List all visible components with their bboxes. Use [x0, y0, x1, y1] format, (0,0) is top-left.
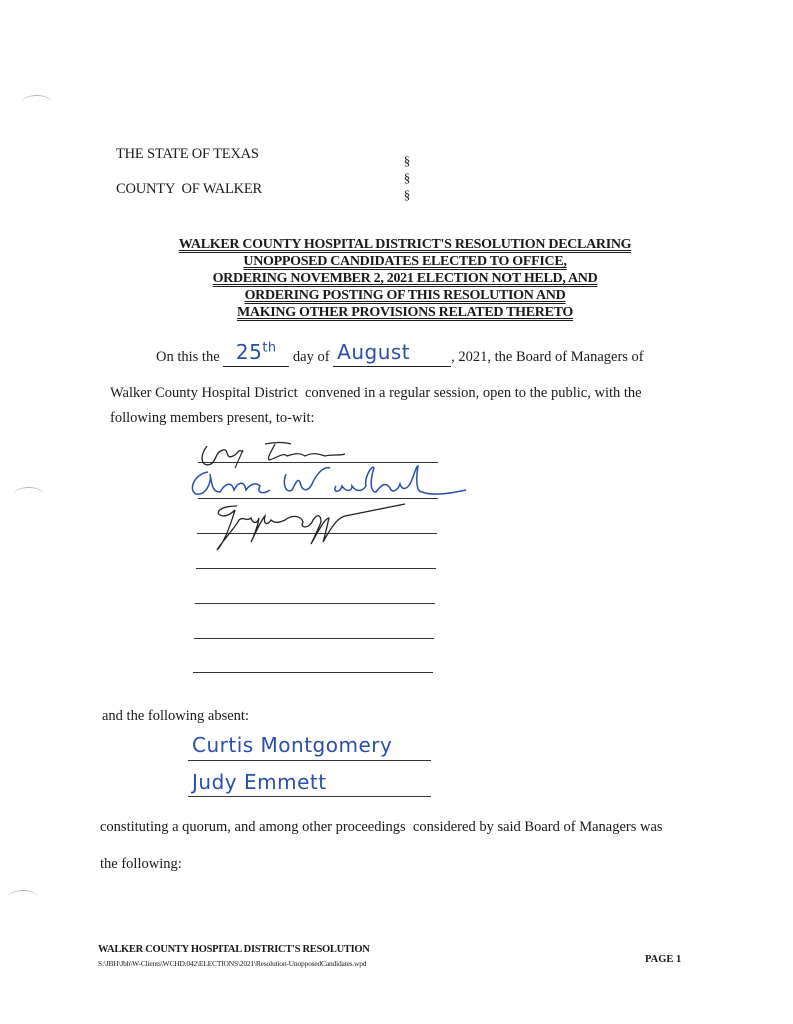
title-line: WALKER COUNTY HOSPITAL DISTRICT'S RESOLU… [179, 236, 632, 253]
caption-county: COUNTY OF WALKER [116, 181, 262, 198]
title-line: ORDERING POSTING OF THIS RESOLUTION AND [245, 287, 566, 304]
footer-file-path: S:\JBH\Jbh\W-Clients\WCHD.042\ELECTIONS\… [98, 959, 366, 968]
section-mark: § [401, 187, 413, 202]
closing-line-2: the following: [100, 856, 182, 873]
title-line: ORDERING NOVEMBER 2, 2021 ELECTION NOT H… [213, 270, 598, 287]
day-of-label: day of [293, 349, 330, 365]
month-value: August [337, 340, 410, 364]
section-mark: § [401, 153, 413, 168]
day-field[interactable]: 25th [223, 342, 289, 367]
month-field[interactable]: August [333, 342, 451, 367]
title-line: MAKING OTHER PROVISIONS RELATED THERETO [237, 304, 573, 321]
scan-artifact [14, 487, 44, 502]
closing-line-1: constituting a quorum, and among other p… [100, 819, 663, 836]
absent-line [188, 796, 431, 797]
section-mark: § [401, 170, 413, 185]
scan-artifact [22, 95, 52, 110]
opening-prefix: On this the [156, 349, 220, 365]
signature-joseph-sapp [205, 500, 415, 560]
opening-line-1: On this the 25th day of August , 2021, t… [156, 342, 644, 367]
day-value: 25th [236, 340, 277, 364]
signature-line [195, 603, 435, 604]
signature-line [194, 638, 434, 639]
signature-line [193, 672, 433, 673]
signature-line [196, 568, 436, 569]
absent-label: and the following absent: [102, 708, 249, 725]
footer-title: WALKER COUNTY HOSPITAL DISTRICT'S RESOLU… [98, 944, 370, 955]
resolution-title: WALKER COUNTY HOSPITAL DISTRICT'S RESOLU… [150, 236, 660, 321]
absent-line [188, 760, 431, 761]
opening-suffix: , 2021, the Board of Managers of [451, 349, 643, 365]
absent-member: Judy Emmett [192, 770, 327, 794]
opening-line-3: following members present, to-wit: [110, 410, 315, 427]
page-number: PAGE 1 [645, 954, 681, 965]
scan-artifact [8, 890, 38, 905]
caption-state: THE STATE OF TEXAS [116, 146, 259, 163]
absent-member: Curtis Montgomery [192, 733, 392, 757]
opening-line-2: Walker County Hospital District convened… [110, 385, 642, 402]
title-line: UNOPPOSED CANDIDATES ELECTED TO OFFICE, [243, 253, 566, 270]
